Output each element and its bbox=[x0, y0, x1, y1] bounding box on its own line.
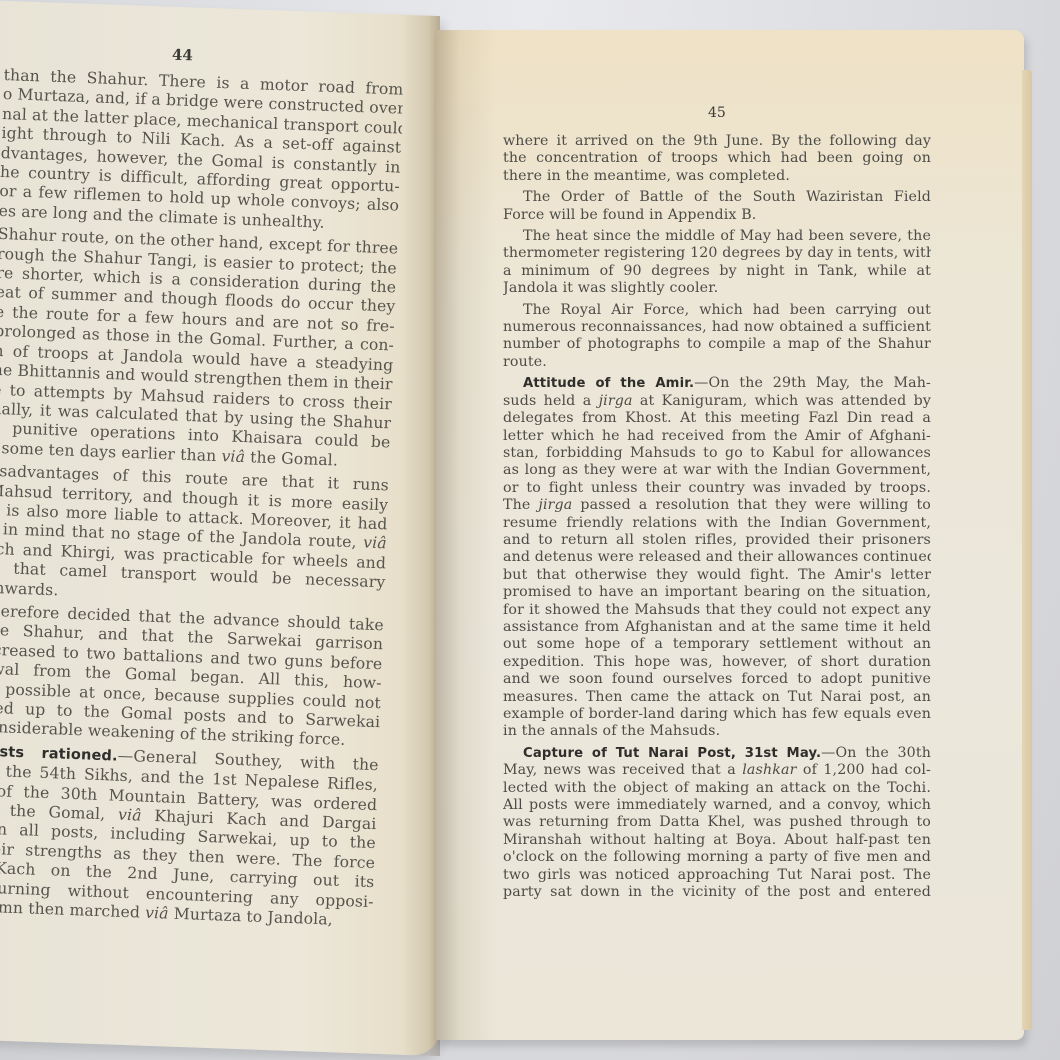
line-text: example of border-land daring which has … bbox=[503, 706, 931, 722]
text-line: route. bbox=[503, 354, 931, 371]
line-text: Jandola it was slightly cooler. bbox=[503, 280, 718, 296]
line-text: where it arrived on the 9th June. By the… bbox=[503, 133, 931, 149]
line-text: and detenus were released and their allo… bbox=[503, 549, 931, 565]
line-text: as long as they were at war with the Ind… bbox=[503, 462, 931, 478]
line-text: and to return all stolen rifles, provide… bbox=[503, 532, 931, 548]
text-line: and detenus were released and their allo… bbox=[503, 549, 931, 566]
line-text: thermometer registering 120 degrees by d… bbox=[503, 245, 931, 261]
line-text: the concentration of troops which had be… bbox=[503, 150, 931, 166]
text-line: out some hope of a temporary settlement … bbox=[503, 636, 931, 653]
line-text: two girls was noticed approaching Tut Na… bbox=[503, 867, 931, 883]
line-text: resume friendly relations with the India… bbox=[503, 515, 931, 531]
text-line: example of border-land daring which has … bbox=[503, 706, 931, 723]
line-text: out some hope of a temporary settlement … bbox=[503, 636, 931, 652]
line-text: stan, forbidding Mahsuds to go to Kabul … bbox=[503, 445, 931, 461]
right-page-number: 45 bbox=[708, 105, 726, 121]
line-text: measures. Then came the attack on Tut Na… bbox=[503, 689, 931, 705]
line-text: for it showed the Mahsuds that they coul… bbox=[503, 602, 931, 618]
text-line: All posts were immediately warned, and a… bbox=[503, 797, 931, 814]
text-line: Attitude of the Amir.—On the 29th May, t… bbox=[503, 375, 931, 392]
text-line: but that otherwise they would fight. The… bbox=[503, 567, 931, 584]
text-line: lected with the object of making an atta… bbox=[503, 780, 931, 797]
line-text: The Order of Battle of the South Waziris… bbox=[523, 189, 931, 205]
text-line: delegates from Khost. At this meeting Fa… bbox=[503, 410, 931, 427]
page-fore-edge bbox=[1022, 70, 1032, 1030]
text-line: promised to have an important bearing on… bbox=[503, 584, 931, 601]
text-line: the concentration of troops which had be… bbox=[503, 150, 931, 167]
line-text: —On the 29th May, the Mah- bbox=[694, 375, 931, 391]
text-line: where it arrived on the 9th June. By the… bbox=[503, 133, 931, 150]
line-text: —On the 30th bbox=[821, 745, 931, 761]
text-line: and to return all stolen rifles, provide… bbox=[503, 532, 931, 549]
line-text: number of photographs to compile a map o… bbox=[503, 336, 931, 352]
line-text: onwards. bbox=[0, 578, 59, 599]
text-line: The jirga passed a resolution that they … bbox=[503, 497, 931, 514]
text-line: two girls was noticed approaching Tut Na… bbox=[503, 867, 931, 884]
text-line: resume friendly relations with the India… bbox=[503, 515, 931, 532]
text-line: stan, forbidding Mahsuds to go to Kabul … bbox=[503, 445, 931, 462]
text-line: there in the meantime, was completed. bbox=[503, 168, 931, 185]
text-line: suds held a jirga at Kaniguram, which wa… bbox=[503, 393, 931, 410]
text-line: thermometer registering 120 degrees by d… bbox=[503, 245, 931, 262]
text-line: o'clock on the following morning a party… bbox=[503, 849, 931, 866]
section-heading: Attitude of the Amir. bbox=[523, 376, 694, 391]
text-line: number of photographs to compile a map o… bbox=[503, 336, 931, 353]
text-line: expedition. This hope was, however, of s… bbox=[503, 654, 931, 671]
section-heading: posts rationed. bbox=[0, 743, 118, 764]
text-line: Force will be found in Appendix B. bbox=[503, 207, 931, 224]
line-text: lected with the object of making an atta… bbox=[503, 780, 931, 796]
text-line: for it showed the Mahsuds that they coul… bbox=[503, 602, 931, 619]
line-text: The heat since the middle of May had bee… bbox=[523, 228, 931, 244]
text-line: May, news was received that a lashkar of… bbox=[503, 762, 931, 779]
text-line: numerous reconnaissances, had now obtain… bbox=[503, 319, 931, 336]
text-line: party sat down in the vicinity of the po… bbox=[503, 884, 931, 901]
left-page-body: than the Shahur. There is a motor road f… bbox=[0, 66, 404, 932]
section-heading: Capture of Tut Narai Post, 31st May. bbox=[523, 746, 821, 761]
text-line: letter which he had received from the Am… bbox=[503, 428, 931, 445]
line-text: there in the meantime, was completed. bbox=[503, 168, 790, 184]
line-text: but that otherwise they would fight. The… bbox=[503, 567, 931, 583]
line-text: May, news was received that a lashkar of… bbox=[503, 762, 931, 778]
left-page-number: 44 bbox=[172, 46, 193, 65]
line-text: Force will be found in Appendix B. bbox=[503, 207, 756, 223]
text-line: Jandola it was slightly cooler. bbox=[503, 280, 931, 297]
line-text: party sat down in the vicinity of the po… bbox=[503, 884, 931, 900]
line-text: The jirga passed a resolution that they … bbox=[503, 497, 931, 513]
line-text: in the annals of the Mahsuds. bbox=[503, 723, 720, 739]
line-text: All posts were immediately warned, and a… bbox=[503, 797, 931, 813]
line-text: The Royal Air Force, which had been carr… bbox=[523, 302, 931, 318]
line-text: delegates from Khost. At this meeting Fa… bbox=[503, 410, 931, 426]
text-line: Miranshah without halting at Boya. About… bbox=[503, 832, 931, 849]
text-line: measures. Then came the attack on Tut Na… bbox=[503, 689, 931, 706]
text-line: The Royal Air Force, which had been carr… bbox=[503, 302, 931, 319]
left-page-gutter-curve bbox=[400, 15, 440, 1056]
line-text: or to fight unless their country was inv… bbox=[503, 480, 931, 496]
text-line: and we soon found ourselves forced to ad… bbox=[503, 671, 931, 688]
text-line: Capture of Tut Narai Post, 31st May.—On … bbox=[503, 745, 931, 762]
text-line: or to fight unless their country was inv… bbox=[503, 480, 931, 497]
line-text: a minimum of 90 degrees by night in Tank… bbox=[503, 263, 931, 279]
line-text: expedition. This hope was, however, of s… bbox=[503, 654, 931, 670]
line-text: assistance from Afghanistan and at the s… bbox=[503, 619, 931, 635]
line-text: o'clock on the following morning a party… bbox=[503, 849, 931, 865]
gutter-shadow bbox=[436, 30, 496, 1040]
text-line: was returning from Datta Khel, was pushe… bbox=[503, 814, 931, 831]
text-line: a minimum of 90 degrees by night in Tank… bbox=[503, 263, 931, 280]
text-line: as long as they were at war with the Ind… bbox=[503, 462, 931, 479]
line-text: numerous reconnaissances, had now obtain… bbox=[503, 319, 931, 335]
text-line: The Order of Battle of the South Waziris… bbox=[503, 189, 931, 206]
line-text: Miranshah without halting at Boya. About… bbox=[503, 832, 931, 848]
line-text: and we soon found ourselves forced to ad… bbox=[503, 671, 931, 687]
right-page-body: where it arrived on the 9th June. By the… bbox=[503, 133, 931, 901]
line-text: letter which he had received from the Am… bbox=[503, 428, 931, 444]
line-text: was returning from Datta Khel, was pushe… bbox=[503, 814, 931, 830]
line-text: suds held a jirga at Kaniguram, which wa… bbox=[503, 393, 931, 409]
line-text: route. bbox=[503, 354, 547, 370]
text-line: assistance from Afghanistan and at the s… bbox=[503, 619, 931, 636]
text-line: The heat since the middle of May had bee… bbox=[503, 228, 931, 245]
text-line: in the annals of the Mahsuds. bbox=[503, 723, 931, 740]
line-text: promised to have an important bearing on… bbox=[503, 584, 931, 600]
